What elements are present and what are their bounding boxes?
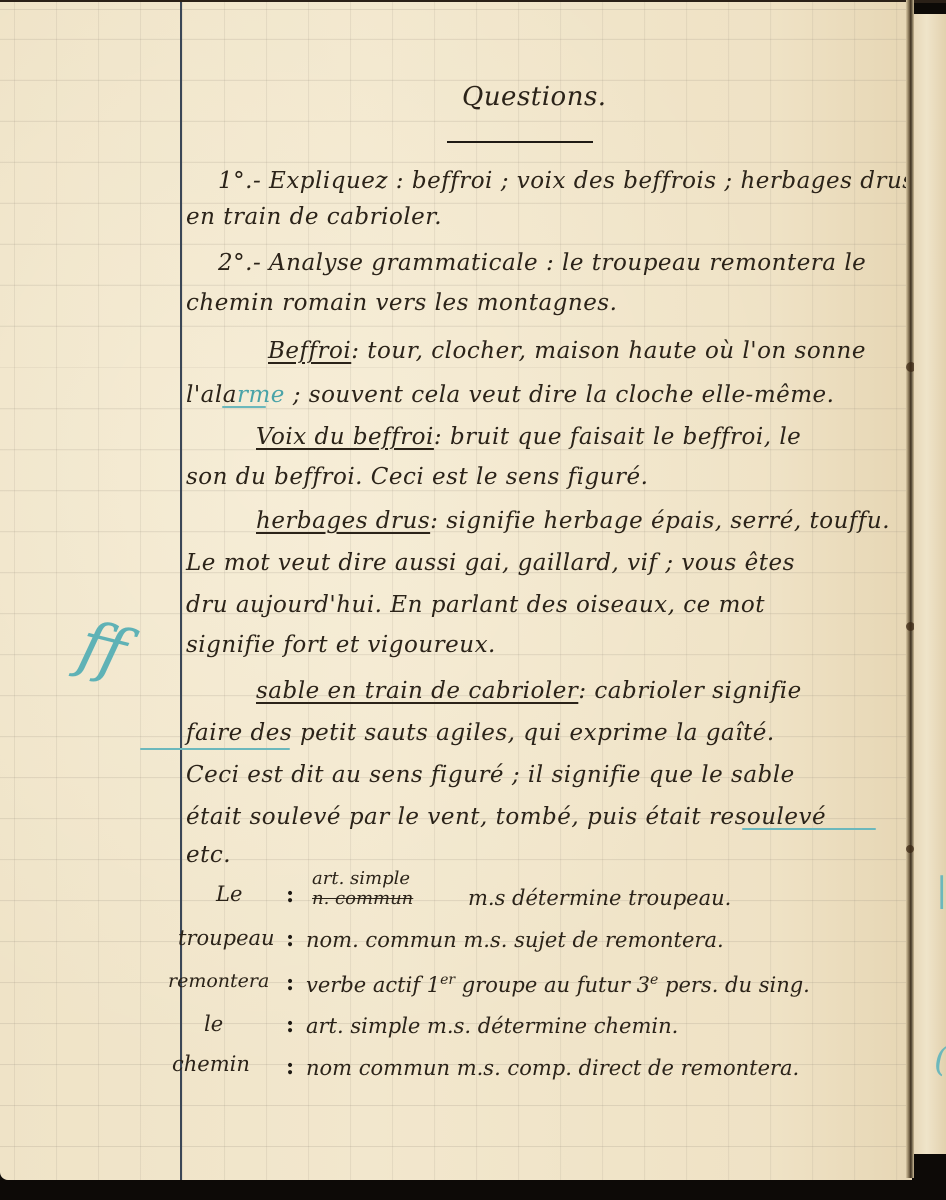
analysis-colon: : [286, 1012, 294, 1038]
term-sable: sable en train de cabrioler [256, 678, 578, 704]
answer-herbages-line-2: Le mot veut dire aussi gai, gaillard, vi… [186, 550, 795, 576]
answer-beffroi-line-1: Beffroi: tour, clocher, maison haute où … [268, 338, 866, 364]
term-beffroi: Beffroi [268, 338, 351, 364]
binding-fold [906, 0, 914, 1178]
next-page-edge [914, 14, 946, 1154]
analysis-colon: : [286, 882, 294, 908]
analysis-desc-chemin: nom commun m.s. comp. direct de remonter… [306, 1056, 799, 1080]
answer-sable-line-5: etc. [186, 842, 231, 868]
analysis-colon: : [286, 1054, 294, 1080]
analysis-desc-le-2: art. simple m.s. détermine chemin. [306, 1014, 678, 1038]
answer-voix-line-1: Voix du beffroi: bruit que faisait le be… [256, 424, 801, 450]
answer-sable-line-2: faire des petit sauts agiles, qui exprim… [186, 720, 775, 746]
answer-herbages-line-1: herbages drus: signifie herbage épais, s… [256, 508, 890, 534]
question-2-line-2: chemin romain vers les montagnes. [186, 290, 617, 316]
page-title: Questions. [462, 82, 607, 112]
analysis-desc-troupeau: nom. commun m.s. sujet de remontera. [306, 928, 724, 952]
term-herbages-drus: herbages drus [256, 508, 430, 534]
next-page-teal-mark: | [936, 870, 946, 910]
correction-underline-resouleve [742, 828, 876, 830]
answer-sable-line-4: était soulevé par le vent, tombé, puis é… [186, 804, 826, 830]
analysis-inserted-correction: art. simple [312, 868, 410, 889]
margin-line [180, 2, 182, 1180]
analysis-word-remontera: remontera [168, 970, 269, 992]
analysis-desc-le: m.s détermine troupeau. [468, 886, 731, 910]
staple-hole [906, 845, 914, 853]
question-2-line-1: 2°.- Analyse grammaticale : le troupeau … [218, 250, 866, 276]
analysis-desc-remontera: verbe actif 1er groupe au futur 3e pers.… [306, 972, 810, 997]
answer-beffroi-line-2: l'alarme ; souvent cela veut dire la clo… [186, 382, 834, 408]
answer-herbages-line-4: signifie fort et vigoureux. [186, 632, 496, 658]
analysis-word-chemin: chemin [172, 1052, 250, 1076]
margin-teal-stroke [140, 748, 290, 750]
answer-herbages-line-3: dru aujourd'hui. En parlant des oiseaux,… [186, 592, 765, 618]
teal-correction: rme [237, 382, 285, 408]
analysis-word-le: Le [216, 882, 242, 906]
answer-voix-line-2: son du beffroi. Ceci est le sens figuré. [186, 464, 648, 490]
analysis-word-le-2: le [204, 1012, 223, 1036]
analysis-word-troupeau: troupeau [178, 926, 275, 950]
correction-mark [222, 406, 266, 408]
analysis-colon: : [286, 970, 294, 996]
question-1-line-1: 1°.- Expliquez : beffroi ; voix des beff… [218, 168, 946, 194]
term-voix-du-beffroi: Voix du beffroi [256, 424, 434, 450]
next-page-teal-mark: ( [934, 1040, 946, 1080]
title-underline [447, 141, 593, 143]
answer-sable-line-3: Ceci est dit au sens figuré ; il signifi… [186, 762, 795, 788]
answer-sable-line-1: sable en train de cabrioler: cabrioler s… [256, 678, 802, 704]
notebook-page: Questions. 1°.- Expliquez : beffroi ; vo… [0, 2, 912, 1180]
analysis-struck-text: n. commun [312, 888, 413, 909]
analysis-colon: : [286, 926, 294, 952]
question-1-line-2: en train de cabrioler. [186, 204, 442, 230]
